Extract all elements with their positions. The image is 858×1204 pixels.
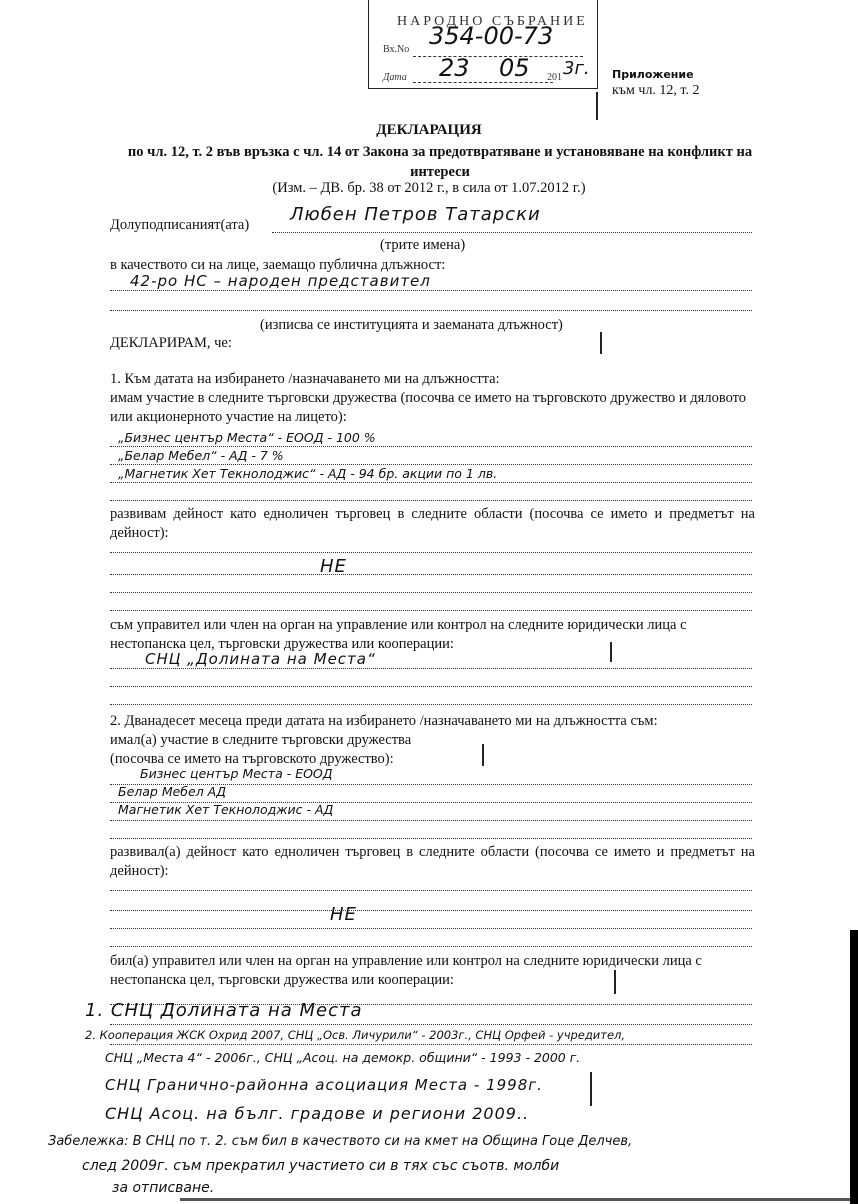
dotted-line [110,610,752,611]
section2-sole-trader: НЕ [330,904,357,925]
note-line-1: Забележка: В СНЦ по т. 2. съм бил в каче… [48,1134,632,1149]
margin-mark [596,92,598,120]
scan-edge-bar [850,930,858,1204]
margin-mark [610,642,612,662]
dotted-line [110,1024,752,1025]
dotted-line [110,704,752,705]
section2-manager-item-4: СНЦ Гранично-районна асоциация Места - 1… [105,1076,543,1094]
margin-mark [482,744,484,766]
section2-manager-item-5: СНЦ Асоц. на бълг. градове и региони 200… [105,1104,529,1123]
dotted-line [110,592,752,593]
stamp-reg-number: 354-00-73 [429,22,553,50]
section1-sole-trader: НЕ [320,556,347,577]
dotted-line [110,890,752,891]
dotted-line [110,574,752,575]
dotted-line [110,910,752,911]
appendix-line1: Приложение [612,68,700,81]
dotted-line [110,686,752,687]
stamp-month: 05 [499,54,530,82]
dotted-line [110,928,752,929]
section2-manager-item-3: СНЦ „Места 4“ - 2006г., СНЦ „Асоц. на де… [105,1050,580,1065]
dotted-line [110,552,752,553]
dotted-line [110,668,752,669]
section2-company-2: Белар Мебел АД [118,784,226,799]
note-line-3: за отписване. [112,1180,214,1196]
section1-company-3: „Магнетик Хет Текнолоджис“ - АД - 94 бр.… [118,466,497,481]
dotted-line [110,946,752,947]
stamp-day: 23 [439,54,470,82]
scan-edge-bottom [180,1198,850,1201]
position-line-1 [110,290,752,291]
stamp-year-prefix: 201 [547,72,562,83]
section1-manager-label: съм управител или член на орган на управ… [110,616,760,654]
declarant-name: Любен Петров Татарски [290,204,541,225]
section1-company-1: „Бизнес център Места“ - ЕООД - 100 % [118,430,376,445]
document-title: ДЕКЛАРАЦИЯ [0,122,858,139]
position-caption: (изписва се институцията и заеманата длъ… [260,316,563,335]
margin-mark [600,332,602,354]
name-caption: (трите имена) [380,236,465,255]
note-line-2: след 2009г. съм прекратил участието си в… [82,1158,559,1174]
section2-sole-trader-label: развивал(а) дейност като едноличен търго… [110,843,755,881]
section2-heading: 2. Дванадесет месеца преди датата на изб… [110,712,658,731]
dotted-line [110,838,752,839]
dotted-line [110,464,752,465]
section2-company-1: Бизнес център Места - ЕООД [140,766,333,781]
section2-companies-label-1: имал(а) участие в следните търговски дру… [110,731,411,750]
dotted-line [110,820,752,821]
appendix-note: Приложение към чл. 12, т. 2 [612,68,700,99]
declarant-label: Долуподписаният(ата) [110,216,249,235]
dotted-line [110,482,752,483]
section2-manager-item-1: 1. СНЦ Долината на Места [85,1000,363,1021]
section1-sole-trader-label: развивам дейност като едноличен търговец… [110,505,755,543]
section1-manager: СНЦ „Долината на Места“ [145,650,376,668]
dotted-line [110,446,752,447]
section1-company-2: „Белар Мебел“ - АД - 7 % [118,448,284,463]
declare-text: ДЕКЛАРИРАМ, че: [110,334,232,353]
document-subtitle: по чл. 12, т. 2 във връзка с чл. 14 от З… [100,142,780,182]
appendix-line2: към чл. 12, т. 2 [612,83,700,99]
section1-companies-label: имам участие в следните търговски дружес… [110,389,760,427]
stamp-year-suffix: 3г. [563,58,590,79]
dotted-line [110,1044,752,1045]
name-line [272,232,752,233]
dotted-line [110,500,752,501]
declarant-position: 42-ро НС – народен представител [130,272,431,290]
document-amendment: (Изм. – ДВ. бр. 38 от 2012 г., в сила от… [0,180,858,197]
section1-heading: 1. Към датата на избирането /назначаване… [110,370,500,389]
stamp-date-label: Дата [383,72,407,83]
margin-mark [590,1072,592,1106]
section2-manager-item-2: 2. Кооперация ЖСК Охрид 2007, СНЦ „Осв. … [85,1028,625,1042]
position-line-2 [110,310,752,311]
registration-stamp: НАРОДНО СЪБРАНИЕ Вх.No 354-00-73 Дата 23… [368,0,598,89]
stamp-date-line [413,82,553,83]
section2-manager-label: бил(а) управител или член на орган на уп… [110,952,760,990]
margin-mark [614,970,616,994]
stamp-reg-label: Вх.No [383,44,409,55]
section2-company-3: Магнетик Хет Текнолоджис - АД [118,802,333,817]
